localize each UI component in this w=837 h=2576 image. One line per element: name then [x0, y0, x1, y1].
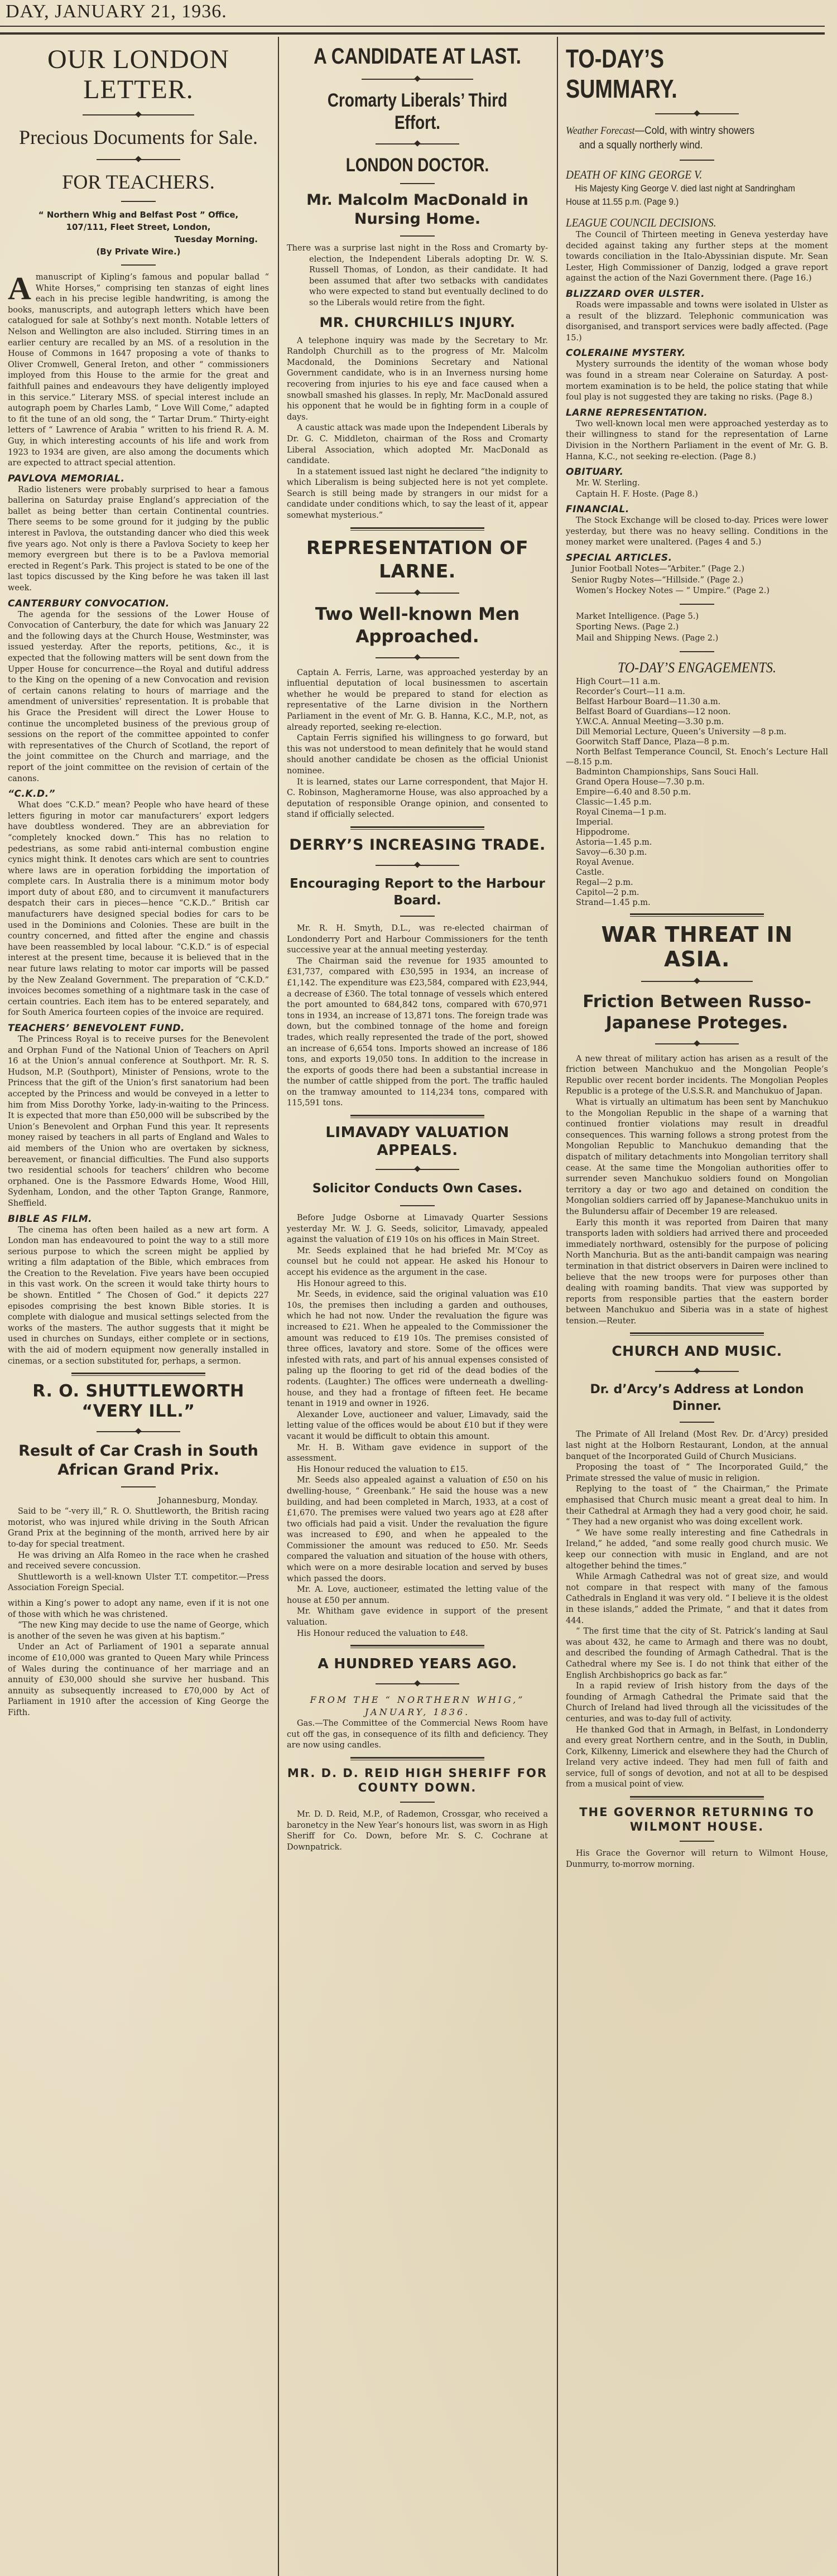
obituary-line: Captain H. F. Hoste. (Page 8.)	[566, 489, 828, 500]
special-article-line: Senior Rugby Notes—“Hillside.” (Page 2.)	[566, 575, 828, 586]
dash-divider	[680, 160, 714, 161]
byline-time: Tuesday Morning.	[8, 233, 269, 245]
article-paragraph: Proposing the toast of “ The Incorporate…	[566, 1462, 828, 1484]
page-dateline: DAY, JANUARY 21, 1936.	[6, 1, 227, 22]
article-paragraph: Mr. R. H. Smyth, D.L., was re-elected ch…	[287, 923, 548, 956]
ornament-divider	[376, 1679, 459, 1688]
section-title-bible-film: BIBLE AS FILM.	[8, 1213, 269, 1225]
misc-line: Sporting News. (Page 2.)	[566, 622, 828, 633]
headline-churchill-injury: MR. CHURCHILL’S INJURY.	[287, 312, 548, 333]
subhead-harbour-board: Encouraging Report to the Harbour Board.	[287, 875, 548, 909]
article-paragraph: Shuttleworth is a well-known Ulster T.T.…	[8, 1572, 269, 1594]
article-paragraph: Mr. Seeds, in evidence, said the origina…	[287, 1289, 548, 1410]
subhead-macdonald: Mr. Malcolm MacDonald in Nursing Home.	[287, 191, 548, 229]
article-paragraph: A telephone inquiry was made by the Secr…	[287, 336, 548, 423]
double-rule	[71, 1373, 205, 1376]
ornament-divider	[376, 589, 459, 598]
summary-paragraph: His Majesty King George V. died last nig…	[566, 182, 807, 209]
engagement-item: Grand Opera House—7.30 p.m.	[566, 777, 828, 787]
dash-divider	[400, 1802, 435, 1803]
special-article-line: Junior Football Notes—“Arbiter.” (Page 2…	[566, 564, 828, 575]
engagement-item: Goorwitch Staff Dance, Plaza—8 p.m.	[566, 737, 828, 747]
ornament-divider	[376, 139, 459, 148]
ornament-divider	[97, 1427, 180, 1436]
article-paragraph: The Chairman said the revenue for 1935 a…	[287, 956, 548, 1109]
article-paragraph: What is virtually an ultimatum has been …	[566, 1097, 828, 1218]
dash-divider	[121, 264, 156, 266]
summary-paragraph: Mystery surrounds the identity of the wo…	[566, 359, 828, 403]
article-paragraph: His Honour reduced the valuation to £15.	[287, 1465, 548, 1476]
article-paragraph: The agenda for the sessions of the Lower…	[8, 610, 269, 785]
article-paragraph: His Honour agreed to this.	[287, 1279, 548, 1290]
article-paragraph: He thanked God that in Armagh, in Belfas…	[566, 1725, 828, 1791]
article-paragraph: Gas.—The Committee of the Commercial New…	[287, 1718, 548, 1751]
headline-church-music: CHURCH AND MUSIC.	[566, 1341, 828, 1361]
double-rule	[350, 1115, 484, 1118]
ornament-divider	[97, 155, 180, 164]
summary-paragraph: Roads were impassable and towns were iso…	[566, 300, 828, 344]
misc-line: Market Intelligence. (Page 5.)	[566, 612, 828, 623]
double-rule	[350, 527, 484, 531]
summary-title-coleraine: COLERAINE MYSTERY.	[566, 347, 828, 359]
article-paragraph: Said to be “-very ill,” R. O. Shuttlewor…	[8, 1506, 269, 1550]
header-rule-thick	[0, 32, 825, 35]
engagement-item: Castle.	[566, 868, 828, 878]
summary-title-larne: LARNE REPRESENTATION.	[566, 407, 828, 419]
article-paragraph: What does “C.K.D.” mean? People who have…	[8, 800, 269, 1019]
subhead-solicitor: Solicitor Conducts Own Cases.	[287, 1179, 548, 1198]
engagement-item: Classic—1.45 p.m.	[566, 797, 828, 807]
headline-todays-summary: TO-DAY’S SUMMARY.	[566, 44, 781, 104]
subhead-for-teachers: FOR TEACHERS.	[8, 170, 269, 194]
lead-paragraph: Amanuscript of Kipling’s famous and popu…	[8, 272, 269, 469]
section-title-ckd: “C.K.D.”	[8, 788, 269, 800]
dash-divider	[400, 1205, 435, 1206]
dash-divider	[400, 183, 435, 184]
lead-paragraph: There was a surprise last night in the R…	[287, 243, 548, 309]
engagement-item: Regal—2 p.m.	[566, 878, 828, 888]
ornament-divider	[376, 861, 459, 870]
engagement-item: Belfast Harbour Board—11.30 a.m.	[566, 697, 828, 707]
header-rule	[0, 26, 825, 27]
headline-larne: REPRESENTATION OF LARNE.	[287, 536, 548, 583]
source-date: JANUARY, 1836.	[287, 1706, 548, 1718]
summary-paragraph: The Council of Thirteen meeting in Genev…	[566, 230, 828, 285]
dash-divider	[121, 1486, 156, 1487]
engagement-item: Capitol—2 p.m.	[566, 888, 828, 898]
article-paragraph: Mr. A. Love, auctioneer, estimated the l…	[287, 1585, 548, 1606]
subhead-russo-japanese: Friction Between Russo-Japanese Proteges…	[566, 991, 828, 1034]
summary-title-league: LEAGUE COUNCIL DECISIONS.	[566, 215, 807, 230]
headline-hundred-years: A HUNDRED YEARS AGO.	[287, 1654, 548, 1674]
engagement-item: Empire—6.40 and 8.50 p.m.	[566, 787, 828, 797]
summary-title-special-articles: SPECIAL ARTICLES.	[566, 552, 828, 564]
engagement-item: North Belfast Temperance Council, St. En…	[566, 747, 828, 767]
subhead-london-doctor: LONDON DOCTOR.	[310, 154, 525, 176]
double-rule	[630, 913, 764, 917]
subhead-precious-documents: Precious Documents for Sale.	[8, 125, 269, 150]
ornament-divider	[655, 1039, 739, 1048]
subhead-larne-men: Two Well-known Men Approached.	[287, 603, 548, 648]
byline-office: “ Northern Whig and Belfast Post ” Offic…	[8, 209, 269, 221]
continued-paragraph: within a King’s power to adopt any name,…	[8, 1598, 269, 1620]
subhead-darcy: Dr. d’Arcy’s Address at London Dinner.	[566, 1381, 828, 1415]
dash-divider	[680, 651, 714, 652]
ornament-divider	[376, 1165, 459, 1174]
article-paragraph: Alexander Love, auctioneer and valuer, L…	[287, 1410, 548, 1443]
engagement-item: Recorder’s Court—11 a.m.	[566, 687, 828, 697]
obituary-line: Mr. W. Sterling.	[566, 478, 828, 489]
double-rule	[350, 826, 484, 830]
article-paragraph: His Grace the Governor will return to Wi…	[566, 1848, 828, 1870]
article-paragraph: “ We have some really interesting and fi…	[566, 1528, 828, 1572]
summary-title-king-death: DEATH OF KING GEORGE V.	[566, 167, 807, 182]
article-paragraph: In a rapid review of Irish history from …	[566, 1681, 828, 1725]
ornament-divider	[362, 75, 473, 84]
double-rule	[630, 1796, 764, 1799]
source-northern-whig: FROM THE “ NORTHERN WHIG,”	[287, 1694, 548, 1706]
section-title-canterbury: CANTERBURY CONVOCATION.	[8, 598, 269, 610]
subhead-cromarty: Cromarty Liberals’ Third Effort.	[310, 89, 525, 134]
headline-limavady: LIMAVADY VALUATION APPEALS.	[287, 1124, 548, 1159]
engagement-item: Dill Memorial Lecture, Queen’s Universit…	[566, 727, 828, 737]
newspaper-page: DAY, JANUARY 21, 1936. OUR LONDON LETTER…	[0, 0, 837, 2576]
engagement-item: Badminton Championships, Sans Souci Hall…	[566, 767, 828, 777]
article-paragraph: Captain Ferris signified his willingness…	[287, 733, 548, 777]
article-paragraph: In a statement issued last night he decl…	[287, 467, 548, 522]
engagement-item: Savoy—6.30 p.m.	[566, 848, 828, 858]
dash-divider	[121, 201, 156, 202]
article-paragraph: It is learned, states our Larne correspo…	[287, 777, 548, 821]
article-paragraph: Replying to the toast of “ the Chairman,…	[566, 1484, 828, 1528]
ornament-divider	[376, 653, 459, 662]
engagement-item: Royal Cinema—1 p.m.	[566, 807, 828, 817]
special-article-line: Women’s Hockey Notes — “ Umpire.” (Page …	[566, 586, 828, 597]
headline-derry-trade: DERRY’S INCREASING TRADE.	[287, 835, 548, 855]
dash-divider	[680, 1841, 714, 1842]
ornament-divider	[641, 977, 753, 986]
headline-governor: THE GOVERNOR RETURNING TO WILMONT HOUSE.	[566, 1805, 828, 1834]
ornament-divider	[83, 110, 194, 119]
engagement-item: Imperial.	[566, 817, 828, 827]
article-paragraph: His Honour reduced the valuation to £48.	[287, 1629, 548, 1640]
article-paragraph: The Princess Royal is to receive purses …	[8, 1034, 269, 1210]
article-paragraph: Mr. Whitham gave evidence in support of …	[287, 1606, 548, 1628]
byline-wire: (By Private Wire.)	[8, 245, 269, 258]
article-paragraph: The Primate of All Ireland (Most Rev. Dr…	[566, 1429, 828, 1462]
weather-forecast: Weather Forecast—Cold, with wintry showe…	[566, 124, 807, 153]
engagement-item: Y.W.C.A. Annual Meeting—3.30 p.m.	[566, 717, 828, 727]
article-paragraph: “ The first time that the city of St. Pa…	[566, 1626, 828, 1681]
article-paragraph: Mr. Seeds explained that he had briefed …	[287, 1246, 548, 1279]
dash-divider	[400, 916, 435, 917]
weather-label: Weather Forecast	[566, 125, 634, 137]
summary-title-blizzard: BLIZZARD OVER ULSTER.	[566, 288, 828, 300]
double-rule	[350, 1645, 484, 1648]
article-paragraph: Early this month it was reported from Da…	[566, 1218, 828, 1327]
dash-divider	[400, 235, 435, 237]
engagements-list: High Court—11 a.m.Recorder’s Court—11 a.…	[566, 677, 828, 908]
summary-title-obituary: OBITUARY.	[566, 466, 828, 478]
engagements-title: TO-DAY’S ENGAGEMENTS.	[576, 659, 817, 677]
continued-paragraph: Under an Act of Parliament of 1901 a sep…	[8, 1642, 269, 1718]
summary-paragraph: The Stock Exchange will be closed to-day…	[566, 516, 828, 548]
section-title-pavlova: PAVLOVA MEMORIAL.	[8, 473, 269, 485]
engagement-item: Strand—1.45 p.m.	[566, 898, 828, 908]
ornament-divider	[655, 1367, 739, 1376]
engagement-item: Royal Avenue.	[566, 858, 828, 868]
drop-cap: A	[8, 275, 31, 302]
byline-address: 107/111, Fleet Street, London,	[8, 221, 269, 233]
engagement-item: High Court—11 a.m.	[566, 677, 828, 687]
article-paragraph: Radio listeners were probably surprised …	[8, 485, 269, 594]
summary-paragraph: Two well-known local men were approached…	[566, 419, 828, 463]
headline-war-threat: WAR THREAT IN ASIA.	[566, 922, 828, 971]
summary-title-financial: FINANCIAL.	[566, 503, 828, 516]
misc-line: Mail and Shipping News. (Page 2.)	[566, 633, 828, 644]
engagement-item: Astoria—1.45 p.m.	[566, 837, 828, 848]
continued-paragraph: “The new King may decide to use the name…	[8, 1620, 269, 1642]
headline-reid-sheriff: MR. D. D. REID HIGH SHERIFF FOR COUNTY D…	[287, 1766, 548, 1795]
engagement-item: Belfast Board of Guardians—12 noon.	[566, 707, 828, 717]
column-candidate: A CANDIDATE AT LAST. Cromarty Liberals’ …	[279, 37, 558, 2576]
ornament-divider	[655, 109, 739, 118]
article-paragraph: Mr. H. B. Witham gave evidence in suppor…	[287, 1443, 548, 1465]
article-paragraph: The cinema has often been hailed as a ne…	[8, 1225, 269, 1368]
engagement-item: Hippodrome.	[566, 827, 828, 837]
headline-london-letter: OUR LONDON LETTER.	[8, 45, 269, 105]
article-paragraph: He was driving an Alfa Romeo in the race…	[8, 1551, 269, 1572]
article-paragraph: Mr. D. D. Reid, M.P., of Rademon, Crossg…	[287, 1809, 548, 1853]
article-paragraph: Before Judge Osborne at Limavady Quarter…	[287, 1213, 548, 1246]
headline-shuttleworth: R. O. SHUTTLEWORTH “VERY ILL.”	[8, 1381, 269, 1422]
section-title-teachers-fund: TEACHERS’ BENEVOLENT FUND.	[8, 1022, 269, 1034]
double-rule	[350, 1757, 484, 1760]
dash-divider	[680, 604, 714, 605]
double-rule	[630, 1332, 764, 1336]
headline-candidate-at-last: A CANDIDATE AT LAST.	[310, 44, 525, 69]
dateline-johannesburg: Johannesburg, Monday.	[8, 1494, 269, 1506]
column-london-letter: OUR LONDON LETTER. Precious Documents fo…	[0, 37, 279, 2576]
dash-divider	[680, 1422, 714, 1423]
article-paragraph: While Armagh Cathedral was not of great …	[566, 1572, 828, 1626]
article-paragraph: A caustic attack was made upon the Indep…	[287, 423, 548, 466]
subhead-car-crash: Result of Car Crash in South African Gra…	[8, 1442, 269, 1480]
article-paragraph: Mr. Seeds also appealed against a valuat…	[287, 1475, 548, 1585]
column-summary: TO-DAY’S SUMMARY. Weather Forecast—Cold,…	[558, 37, 837, 2576]
article-paragraph: A new threat of military action has aris…	[566, 1054, 828, 1097]
article-paragraph: Captain A. Ferris, Larne, was approached…	[287, 668, 548, 734]
